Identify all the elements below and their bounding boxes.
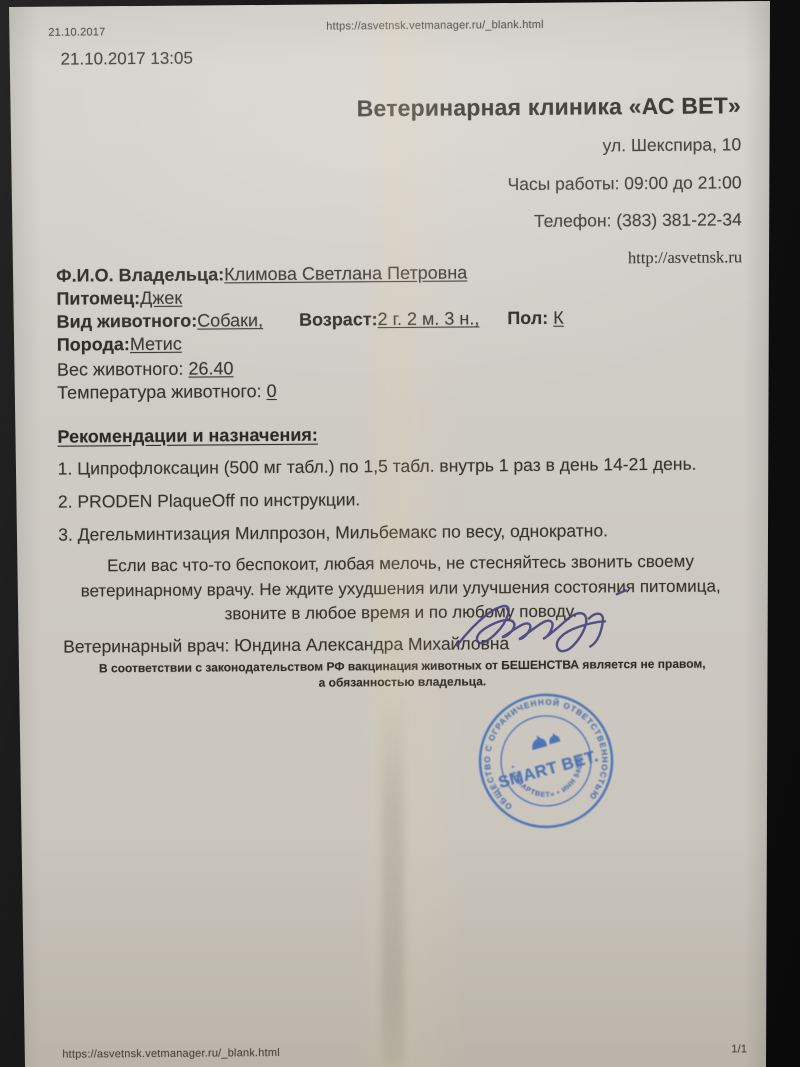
species-age-sex-line: Вид животного:Собаки,Возраст:2 г. 2 м. 3… xyxy=(57,307,564,334)
recommendation-item-1: 1. Ципрофлоксацин (500 мг табл.) по 1,5 … xyxy=(58,454,697,480)
breed-label: Порода: xyxy=(57,334,130,355)
breed-value: Метис xyxy=(130,334,182,354)
clinic-hours: Часы работы: 09:00 до 21:00 xyxy=(357,172,741,196)
weight-value: 26.40 xyxy=(188,358,233,378)
sex-value: К xyxy=(553,308,564,328)
temperature-label: Температура животного: xyxy=(57,381,267,403)
recommendation-item-2: 2. PRODEN PlaqueOff по инструкции. xyxy=(58,489,360,512)
patient-info: Ф.И.О. Владельца:Климова Светлана Петров… xyxy=(56,261,564,357)
age-label: Возраст: xyxy=(299,309,378,330)
owner-value: Климова Светлана Петровна xyxy=(224,262,467,284)
temperature-value: 0 xyxy=(267,381,277,401)
vitals: Вес животного: 26.40 Температура животно… xyxy=(57,357,277,405)
age-value: 2 г. 2 м. 3 н., xyxy=(378,308,480,329)
document-paper: 21.10.2017 https://asvetnsk.vetmanager.r… xyxy=(0,0,800,1067)
print-date: 21.10.2017 xyxy=(48,26,105,38)
clinic-title: Ветеринарная клиника «АС ВЕТ» xyxy=(357,92,741,122)
stamp-center: SMART ВЕТ. xyxy=(489,721,600,792)
clinic-header: Ветеринарная клиника «АС ВЕТ» ул. Шекспи… xyxy=(357,92,743,270)
clinic-phone: Телефон: (383) 381-22-34 xyxy=(357,209,741,233)
owner-label: Ф.И.О. Владельца: xyxy=(56,264,224,285)
clinic-stamp: ОБЩЕСТВО С ОГРАНИЧЕННОЙ ОТВЕТСТВЕННОСТЬЮ… xyxy=(469,684,622,837)
clinic-address: ул. Шекспира, 10 xyxy=(357,134,741,158)
page-number: 1/1 xyxy=(731,1043,747,1055)
document-content: 21.10.2017 https://asvetnsk.vetmanager.r… xyxy=(0,0,800,1067)
recommendations-heading: Рекомендации и назначения: xyxy=(57,425,318,448)
weight-line: Вес животного: 26.40 xyxy=(57,357,277,382)
breed-line: Порода:Метис xyxy=(57,330,564,357)
doctor-line: Ветеринарный врач: Юндина Александра Мих… xyxy=(63,633,509,658)
doctor-signature xyxy=(451,584,647,666)
species-label: Вид животного: xyxy=(57,311,198,332)
stamp-animal-icon xyxy=(529,734,547,751)
stamp-animal-icon xyxy=(547,732,560,745)
print-url: https://asvetnsk.vetmanager.ru/_blank.ht… xyxy=(326,19,544,33)
pet-label: Питомец: xyxy=(56,288,140,309)
weight-label: Вес животного: xyxy=(57,359,189,380)
species-value: Собаки, xyxy=(197,310,263,331)
footer-url: https://asvetnsk.vetmanager.ru/_blank.ht… xyxy=(62,1047,280,1061)
stamp-center-text: SMART ВЕТ. xyxy=(496,747,600,792)
sex-label: Пол: xyxy=(507,308,553,328)
print-datetime: 21.10.2017 13:05 xyxy=(60,49,193,70)
pet-value: Джек xyxy=(140,288,182,308)
temperature-line: Температура животного: 0 xyxy=(57,380,277,405)
recommendation-item-3: 3. Дегельминтизация Милпрозон, Мильбемак… xyxy=(58,520,608,545)
